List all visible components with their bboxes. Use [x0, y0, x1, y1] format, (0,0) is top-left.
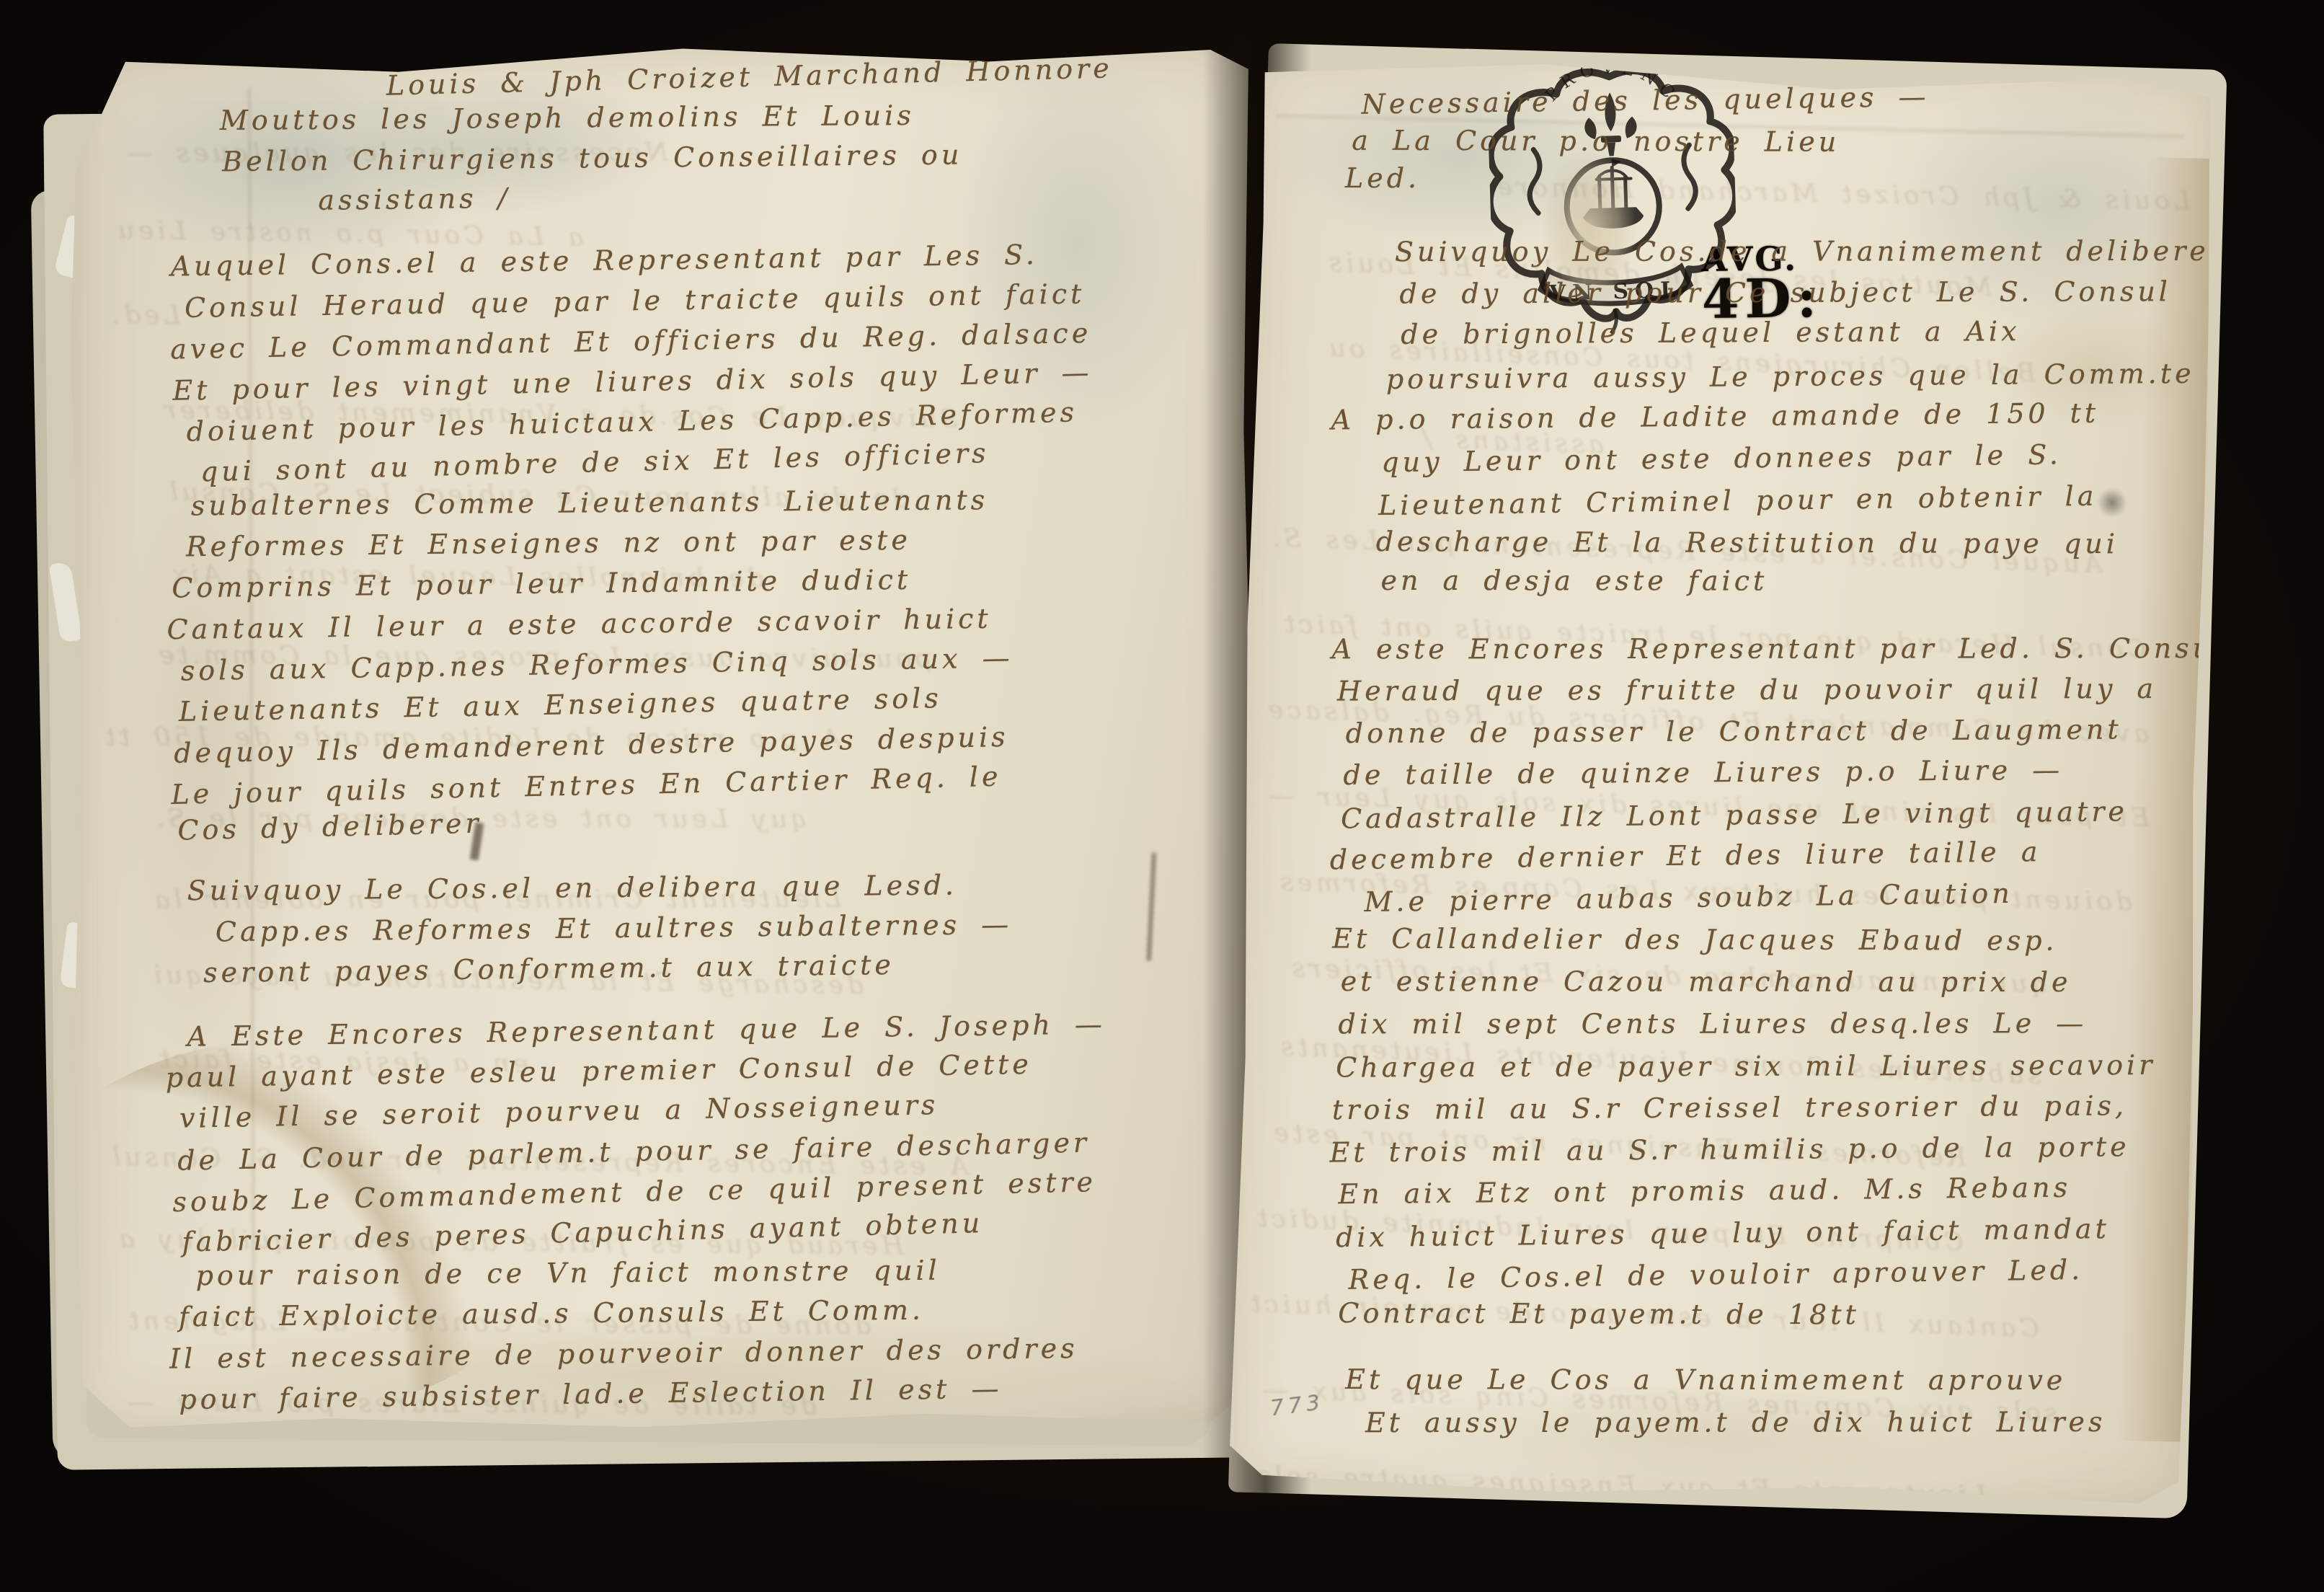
manuscript-line: subalternes Comme Lieutenants Lieutenant…: [191, 484, 989, 521]
manuscript-line: poursuivra aussy Le proces que la Comm.t…: [1386, 358, 2195, 395]
manuscript-line: pour faire subsister lad.e Eslection Il …: [179, 1373, 1003, 1416]
manuscript-line: Reformes Et Enseignes nz ont par este: [185, 524, 910, 562]
manuscript-line: Mouttos les Joseph demolins Et Louis: [220, 99, 915, 136]
manuscript-line: et estienne Cazou marchand au prix de: [1341, 965, 2072, 998]
manuscript-line: Capp.es Reformes Et aultres subalternes …: [216, 908, 1013, 947]
manuscript-line: Et aussy le payem.t de dix huict Liures: [1365, 1406, 2106, 1438]
manuscript-line: Auquel Cons.el a este Representant par L…: [170, 239, 1038, 282]
manuscript-line: Chargea et de payer six mil Liures secav…: [1336, 1049, 2155, 1084]
manuscript-line: M.e pierre aubas soubz La Caution: [1365, 877, 2014, 918]
manuscript-line: Comprins Et pour leur Indamnite dudict: [172, 564, 911, 604]
manuscript-line: dix huict Liures que luy ont faict manda…: [1336, 1213, 2110, 1253]
right-page: Louis & Jph Croizet Marchand HonnoreMout…: [1223, 50, 2220, 1511]
manuscript-line: de taille de quinze Liures p.o Liure —: [1343, 754, 2063, 791]
book-spread-photo: Necessaire des les quelques —a La Cour p…: [0, 0, 2324, 1592]
manuscript-line: Lieutenant Criminel pour en obtenir la: [1378, 480, 2098, 522]
manuscript-line: faict Exploicte ausd.s Consuls Et Comm.: [178, 1294, 924, 1333]
manuscript-line: Led.: [1345, 162, 1420, 194]
manuscript-line: Bellon Chirurgiens tous Conseillaires ou: [222, 138, 963, 177]
manuscript-line: Et Callandelier des Jacques Ebaud esp.: [1332, 923, 2058, 957]
manuscript-line: seront payes Conformem.t aux traicte: [203, 949, 894, 989]
manuscript-line: Consul Heraud que par le traicte quils o…: [184, 278, 1085, 324]
manuscript-line: descharge Et la Restitution du paye qui: [1376, 526, 2119, 560]
manuscript-line: decembre dernier Et des liure taille a: [1329, 836, 2041, 875]
manuscript-line: A Este Encores Representant que Le S. Jo…: [187, 1008, 1106, 1052]
manuscript-line: assistans /: [318, 182, 511, 216]
manuscript-line: Cantaux Il leur a este accorde scavoir h…: [167, 603, 992, 646]
manuscript-line: Lieutenants Et aux Enseignes quatre sols: [179, 682, 943, 728]
manuscript-line: Cadastralle Ilz Lont passe Le vingt quat…: [1341, 795, 2128, 834]
manuscript-line: Req. le Cos.el de vouloir aprouver Led.: [1348, 1254, 2083, 1296]
manuscript-line: de dy aller pour Ce subject Le S. Consul: [1400, 275, 2172, 309]
manuscript-line: Heraud que es fruitte du pouvoir quil lu…: [1337, 673, 2157, 707]
manuscript-line: trois mil au S.r Creissel tresorier du p…: [1332, 1089, 2127, 1126]
manuscript-line: Le jour quils sont Entres En Cartier Req…: [171, 761, 1002, 810]
right-page-text: Necessaire des les quelques —a La Cour p…: [1223, 50, 2220, 1511]
manuscript-line: paul ayant este esleu premier Consul de …: [165, 1048, 1032, 1094]
manuscript-line: pour raison de ce Vn faict monstre quil: [195, 1255, 940, 1292]
manuscript-line: Et trois mil au S.r humilis p.o de la po…: [1329, 1131, 2129, 1168]
manuscript-line: Et que Le Cos a Vnanimement aprouve: [1345, 1363, 2066, 1396]
manuscript-line: Suivquoy Le Cos.de a Vnanimement deliber…: [1395, 235, 2226, 267]
manuscript-line: Suivquoy Le Cos.el en delibera que Lesd.: [187, 870, 958, 907]
manuscript-line: quy Leur ont este donnees par le S.: [1381, 438, 2062, 478]
left-page-text: Louis & Jph Croizet Marchand HonnoreMout…: [66, 41, 1257, 1433]
manuscript-line: Louis & Jph Croizet Marchand Honnore: [386, 52, 1113, 101]
manuscript-line: avec Le Commandant Et officiers du Reg. …: [170, 317, 1092, 366]
manuscript-line: sols aux Capp.nes Reformes Cinq sols aux…: [180, 642, 1013, 686]
manuscript-line: dix mil sept Cents Liures desq.les Le —: [1338, 1007, 2087, 1040]
manuscript-line: a La Cour p.o nostre Lieu: [1352, 125, 1840, 158]
left-page: Necessaire des les quelques —a La Cour p…: [66, 41, 1257, 1433]
manuscript-line: En aix Etz ont promis aud. M.s Rebans: [1338, 1172, 2071, 1211]
manuscript-line: ville Il se seroit pourveu a Nosseigneur…: [179, 1089, 939, 1134]
manuscript-line: en a desja este faict: [1381, 565, 1768, 597]
manuscript-line: A p.o raison de Ladite amande de 150 tt: [1331, 397, 2099, 436]
manuscript-line: A este Encores Representant par Led. S. …: [1332, 632, 2227, 665]
manuscript-line: dequoy Ils demanderent destre payes desp…: [174, 721, 1009, 769]
manuscript-line: Il est necessaire de pourveoir donner de…: [169, 1332, 1078, 1375]
manuscript-line: donne de passer le Contract de Laugment: [1346, 713, 2122, 749]
manuscript-line: de brignolles Lequel estant a Aix: [1401, 315, 2021, 350]
manuscript-line: Contract Et payem.t de 18tt: [1338, 1297, 1860, 1330]
manuscript-line: Cos dy deliberer: [177, 808, 482, 846]
